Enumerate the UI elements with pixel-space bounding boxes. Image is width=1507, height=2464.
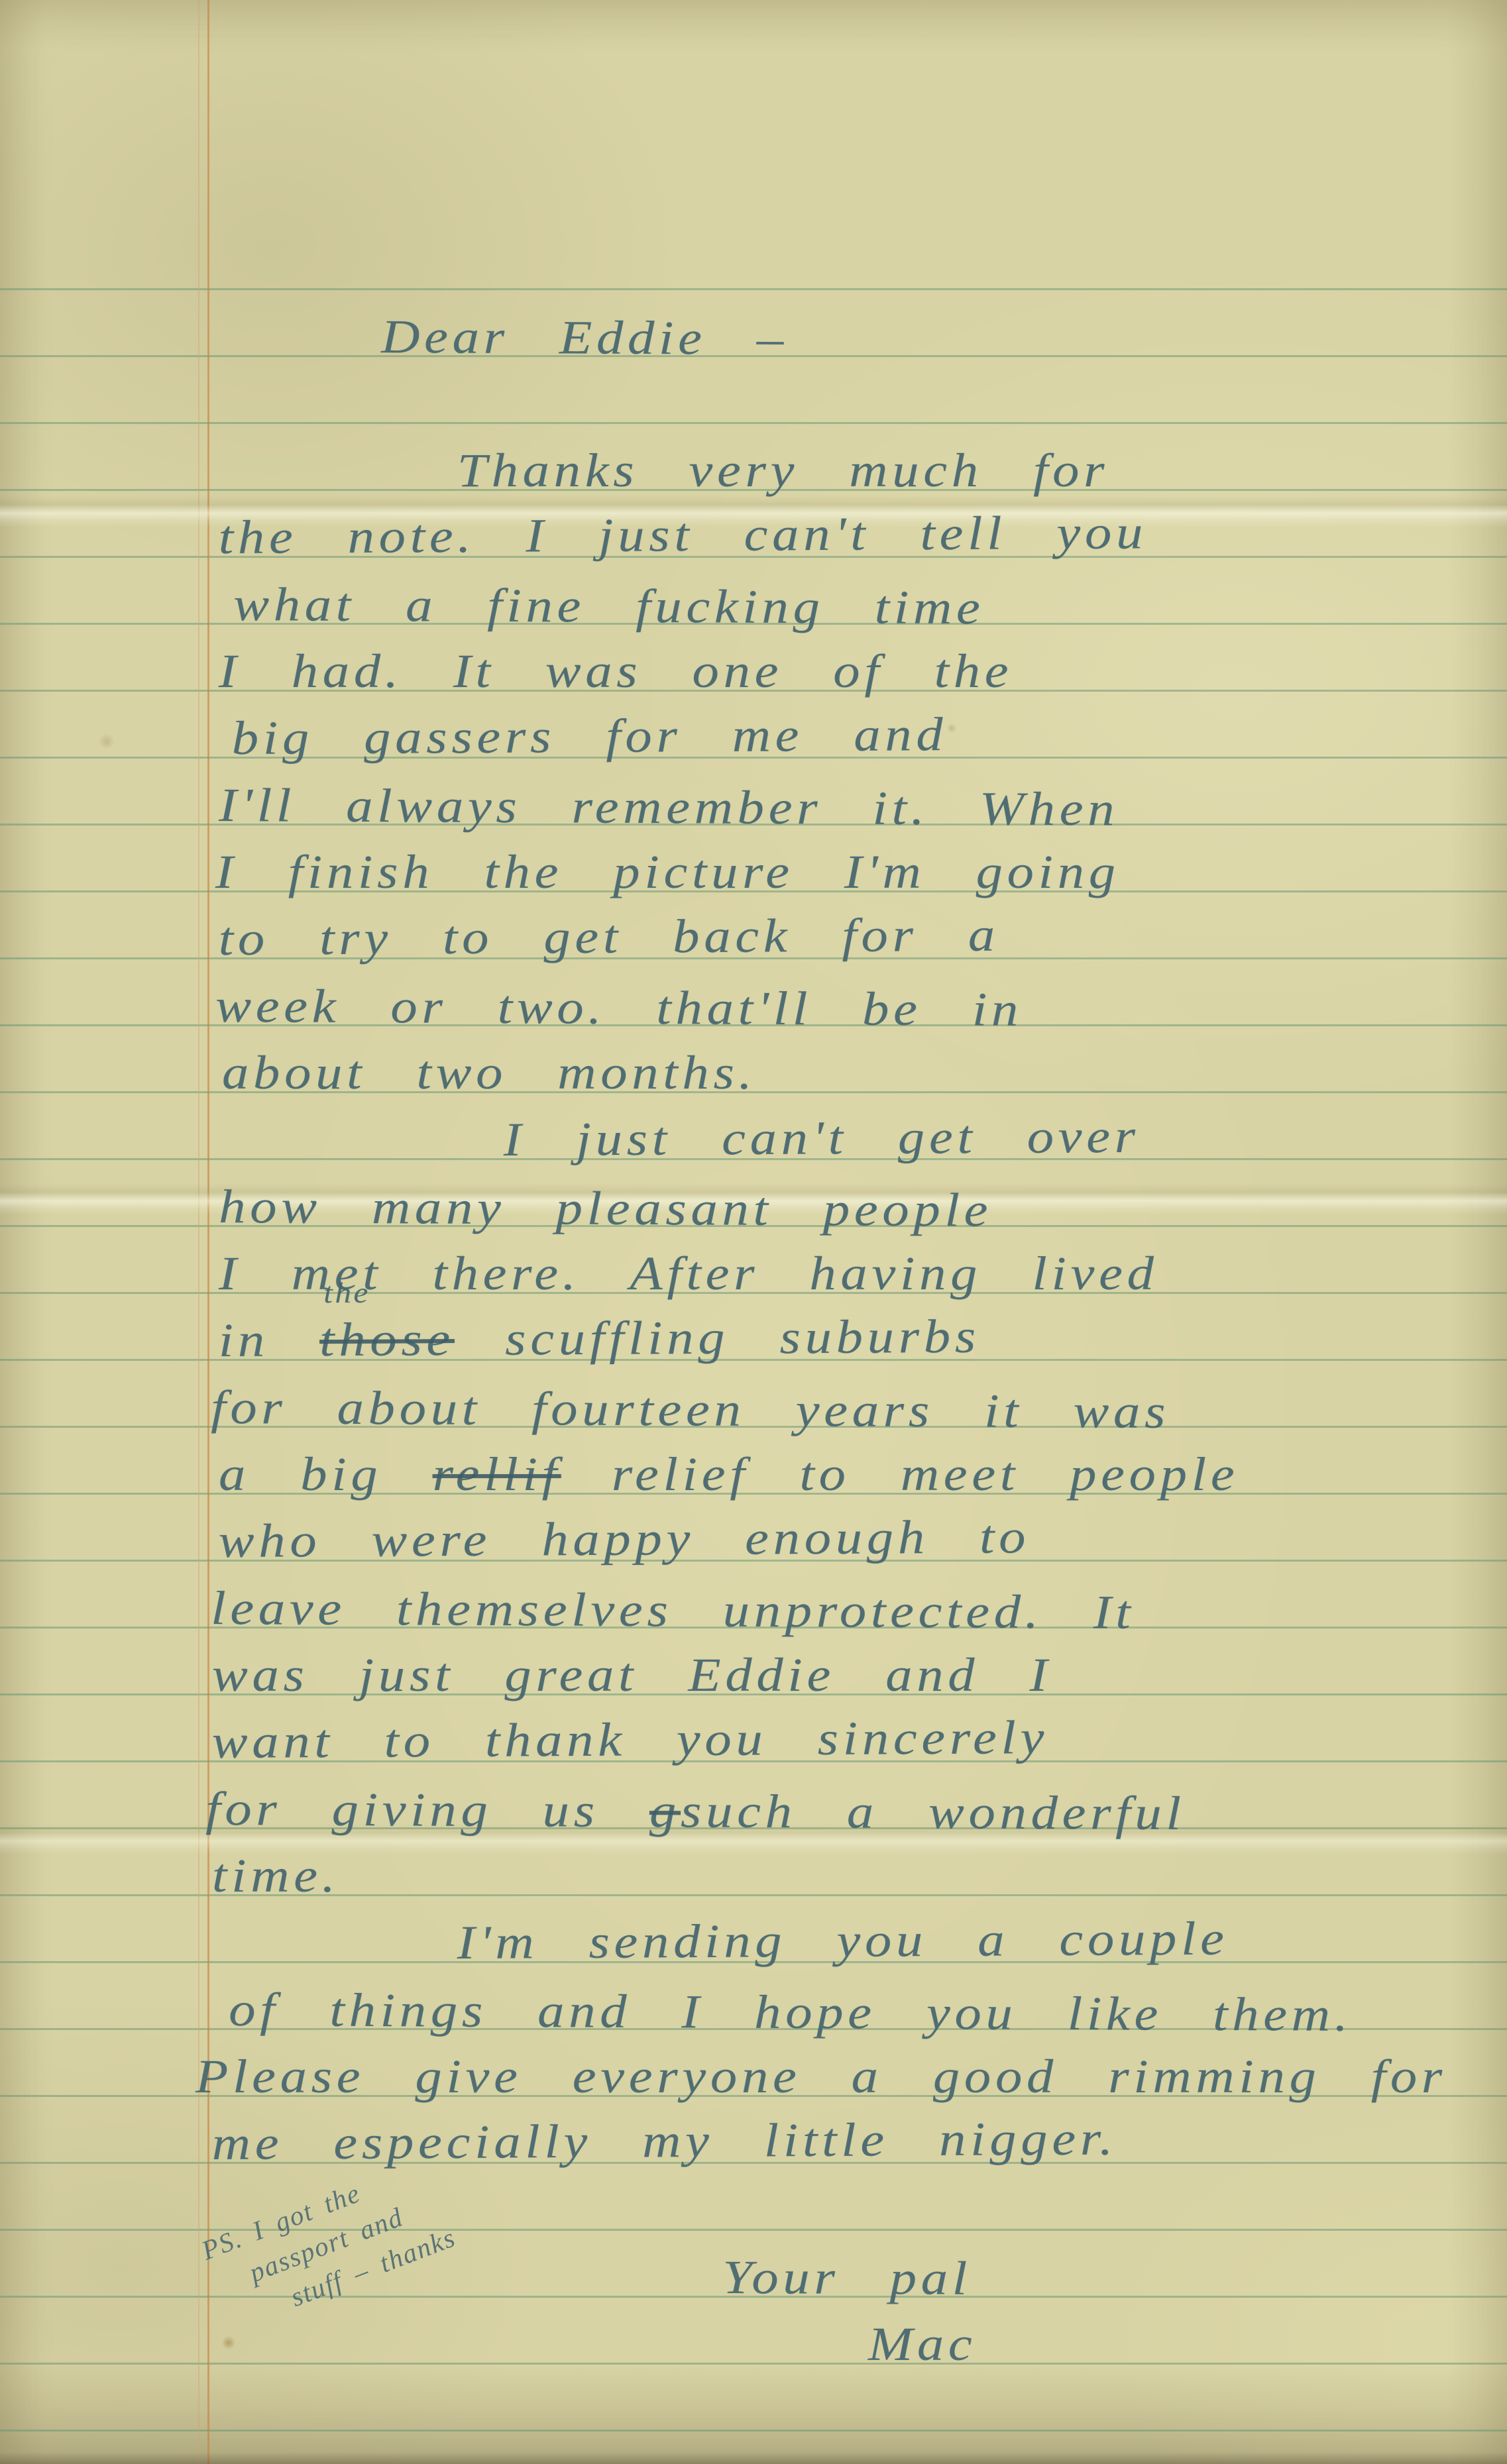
letter-text: leave themselves unprotected. It	[211, 1581, 1135, 1639]
handwritten-line: how many pleasant people	[219, 1182, 992, 1234]
paper-bottom-edge	[0, 2452, 1507, 2464]
letter-text: week or two. that'll be in	[215, 979, 1023, 1036]
handwritten-line: Thanks very much for	[457, 446, 1109, 495]
letter-text: scuffling suburbs	[455, 1310, 981, 1366]
handwritten-line: big gassers for me and	[231, 710, 947, 763]
handwritten-line: in thosethe scuffling suburbs	[218, 1312, 980, 1365]
letter-text: to try to get back for a	[218, 908, 999, 965]
letter-page: Dear Eddie –Thanks very much forthe note…	[0, 0, 1507, 2464]
letter-text: Mac	[868, 2318, 976, 2371]
handwritten-line: I'll always remember it. When	[219, 780, 1119, 833]
handwritten-line: Dear Eddie –	[381, 312, 788, 363]
inserted-word: the	[323, 1279, 370, 1308]
handwritten-line: who were happy enough to	[218, 1512, 1030, 1566]
letter-text: Thanks very much for	[457, 444, 1109, 497]
letter-text: Dear Eddie –	[381, 310, 788, 365]
letter-text: time.	[212, 1849, 340, 1902]
letter-text: for giving us	[205, 1782, 649, 1837]
handwritten-line: was just great Eddie and I	[212, 1650, 1052, 1699]
stain	[98, 734, 115, 749]
letter-text: I just can't get over	[503, 1110, 1140, 1166]
letter-text: Your pal	[722, 2251, 972, 2305]
handwritten-line: about two months.	[222, 1048, 756, 1097]
strikethrough-word: g	[649, 1784, 681, 1837]
handwritten-line: to try to get back for a	[218, 910, 999, 963]
letter-text: such a wonderful	[681, 1784, 1186, 1840]
letter-text: what a fine fucking time	[233, 578, 985, 634]
letter-text: Please give everyone a good rimming for	[195, 2050, 1447, 2103]
handwritten-line: Your pal	[722, 2253, 972, 2303]
letter-text: in	[218, 1313, 319, 1367]
letter-text: for about fourteen years it was	[211, 1381, 1170, 1438]
handwritten-line: week or two. that'll be in	[215, 981, 1023, 1034]
handwritten-line: for giving us gsuch a wonderful	[205, 1784, 1186, 1838]
handwritten-line: want to thank you sincerely	[211, 1713, 1048, 1766]
letter-text: big gassers for me and	[231, 708, 947, 765]
letter-text: relief to meet people	[561, 1448, 1239, 1501]
strikethrough-word: thosethe	[319, 1312, 455, 1366]
handwritten-line: a big rellif relief to meet people	[219, 1450, 1239, 1499]
handwritten-line: the note. I just can't tell you	[218, 508, 1147, 562]
letter-text: I'll always remember it. When	[219, 778, 1119, 835]
strikethrough-word: rellif	[433, 1448, 561, 1501]
handwritten-line: time.	[212, 1851, 340, 1900]
handwritten-line: of things and I hope you like them.	[229, 1985, 1353, 2039]
letter-text: I'm sending you a couple	[457, 1912, 1228, 1969]
stain	[221, 2336, 236, 2349]
letter-text: want to thank you sincerely	[211, 1711, 1048, 1768]
letter-text: about two months.	[222, 1046, 756, 1099]
letter-text: the note. I just can't tell you	[218, 506, 1147, 564]
handwritten-line: leave themselves unprotected. It	[211, 1583, 1135, 1637]
handwritten-line: I just can't get over	[503, 1112, 1140, 1164]
letter-text: was just great Eddie and I	[212, 1648, 1052, 1701]
postscript-note: PS. I got thepassport andstuff – thanks	[196, 2148, 461, 2340]
handwritten-line: I'm sending you a couple	[457, 1914, 1228, 1967]
handwritten-line: what a fine fucking time	[233, 580, 985, 632]
letter-text: me especially my little nigger.	[211, 2112, 1117, 2170]
handwritten-line: Please give everyone a good rimming for	[195, 2052, 1447, 2101]
handwritten-line: for about fourteen years it was	[211, 1383, 1170, 1436]
letter-text: a big	[219, 1448, 433, 1501]
letter-text: I finish the picture I'm going	[215, 845, 1120, 898]
handwritten-line: me especially my little nigger.	[211, 2114, 1117, 2168]
letter-text: I had. It was one of the	[219, 645, 1013, 698]
handwritten-line: I had. It was one of the	[219, 647, 1013, 696]
letter-text: how many pleasant people	[219, 1180, 992, 1236]
letter-text: of things and I hope you like them.	[229, 1983, 1353, 2041]
letter-text: who were happy enough to	[218, 1510, 1030, 1568]
handwritten-line: Mac	[868, 2320, 976, 2369]
stain	[946, 723, 957, 733]
handwritten-line: I finish the picture I'm going	[215, 847, 1120, 896]
